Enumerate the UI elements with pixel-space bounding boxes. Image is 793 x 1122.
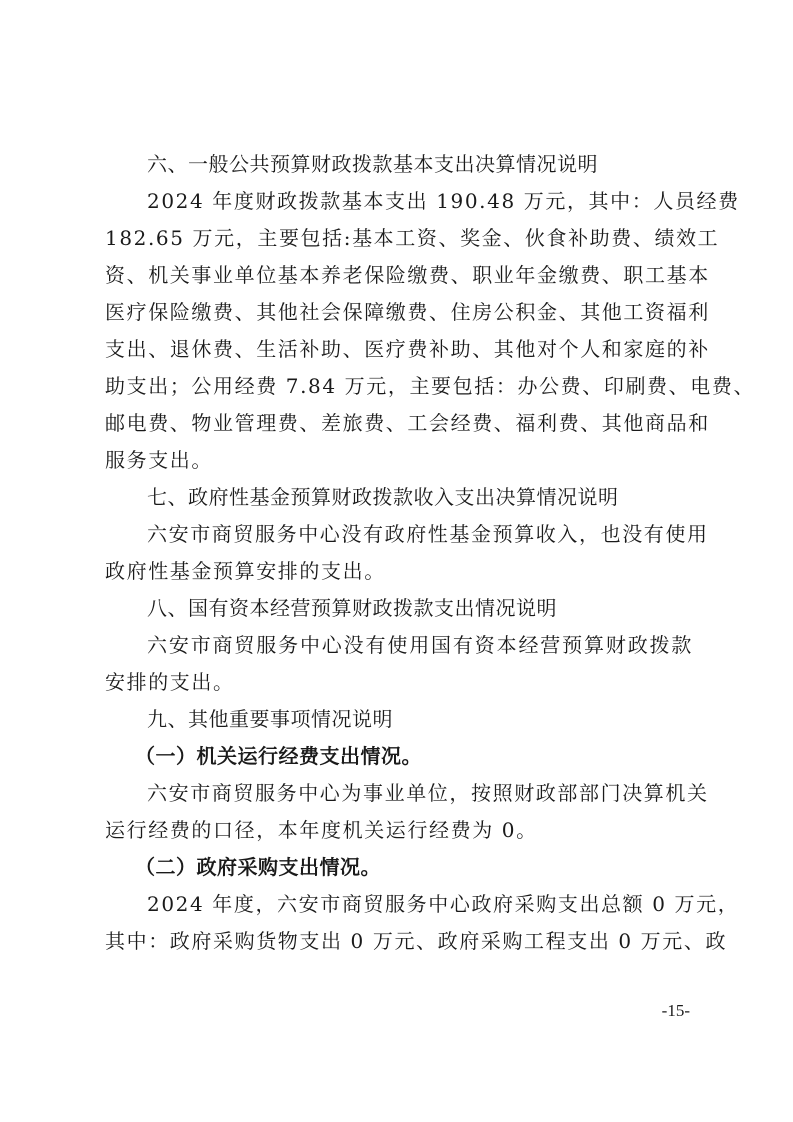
paragraph-line: 邮电费、物业管理费、差旅费、工会经费、福利费、其他商品和 (105, 405, 693, 442)
paragraph-line: 182.65 万元，主要包括:基本工资、奖金、伙食补助费、绩效工 (105, 220, 693, 257)
page-number: -15- (662, 1001, 690, 1021)
section-heading-six: 六、一般公共预算财政拨款基本支出决算情况说明 (105, 146, 693, 183)
paragraph-line: 政府性基金预算安排的支出。 (105, 553, 693, 590)
section-heading-nine: 九、其他重要事项情况说明 (105, 701, 693, 738)
paragraph-line: 服务支出。 (105, 442, 693, 479)
paragraph-line: 其中：政府采购货物支出 0 万元、政府采购工程支出 0 万元、政 (105, 923, 693, 960)
section-heading-seven: 七、政府性基金预算财政拨款收入支出决算情况说明 (105, 479, 693, 516)
paragraph-line: 医疗保险缴费、其他社会保障缴费、住房公积金、其他工资福利 (105, 294, 693, 331)
paragraph-line: 助支出；公用经费 7.84 万元，主要包括：办公费、印刷费、电费、 (105, 368, 693, 405)
paragraph-line: 2024 年度，六安市商贸服务中心政府采购支出总额 0 万元， (105, 886, 693, 923)
document-page: 六、一般公共预算财政拨款基本支出决算情况说明 2024 年度财政拨款基本支出 1… (105, 146, 693, 960)
subsection-heading-procurement: （二）政府采购支出情况。 (105, 849, 693, 886)
paragraph-line: 运行经费的口径，本年度机关运行经费为 0。 (105, 812, 693, 849)
paragraph-line: 安排的支出。 (105, 664, 693, 701)
paragraph-line: 资、机关事业单位基本养老保险缴费、职业年金缴费、职工基本 (105, 257, 693, 294)
paragraph-line: 六安市商贸服务中心没有使用国有资本经营预算财政拨款 (105, 627, 693, 664)
section-heading-eight: 八、国有资本经营预算财政拨款支出情况说明 (105, 590, 693, 627)
subsection-heading-operating-costs: （一）机关运行经费支出情况。 (105, 738, 693, 775)
paragraph-line: 六安市商贸服务中心没有政府性基金预算收入，也没有使用 (105, 516, 693, 553)
paragraph-line: 2024 年度财政拨款基本支出 190.48 万元，其中：人员经费 (105, 183, 693, 220)
paragraph-line: 六安市商贸服务中心为事业单位，按照财政部部门决算机关 (105, 775, 693, 812)
paragraph-line: 支出、退休费、生活补助、医疗费补助、其他对个人和家庭的补 (105, 331, 693, 368)
